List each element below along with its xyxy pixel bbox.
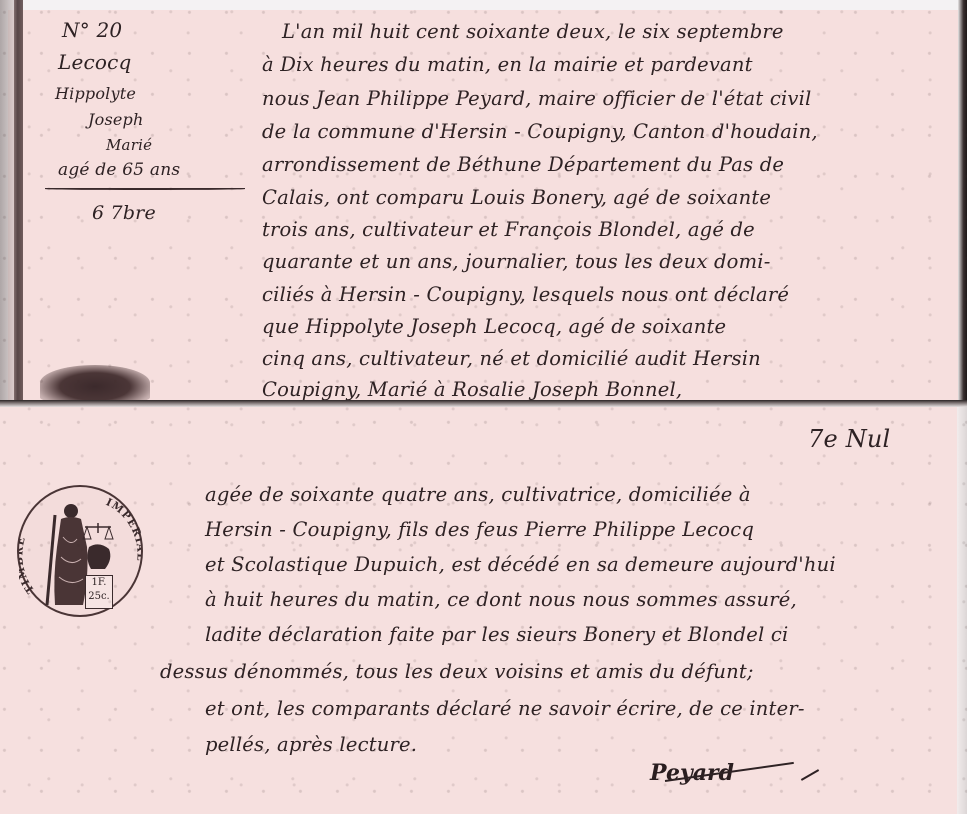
margin-surname: Lecocq [58, 50, 132, 74]
margin-status: Marié [106, 136, 152, 154]
text-line: Calais, ont comparu Louis Bonery, agé de… [262, 186, 771, 209]
svg-text:TIMBRE: TIMBRE [19, 535, 37, 595]
text-line: Coupigny, Marié à Rosalie Joseph Bonnel, [262, 378, 682, 401]
margin-date: 6 7bre [92, 202, 156, 224]
imperial-tax-stamp: TIMBRE IMPERIAL 1F. 25c. [17, 485, 143, 617]
text-line: trois ans, cultivateur et François Blond… [262, 218, 755, 241]
binding-line [14, 0, 23, 404]
page-edge-right-lower [957, 407, 967, 814]
stamp-value-box: 1F. 25c. [85, 575, 113, 609]
text-line: ciliés à Hersin - Coupigny, lesquels nou… [262, 283, 789, 306]
text-line: que Hippolyte Joseph Lecocq, agé de soix… [262, 315, 726, 338]
text-line: à Dix heures du matin, en la mairie et p… [262, 53, 753, 76]
text-line: quarante et un ans, journalier, tous les… [262, 250, 771, 273]
binding-shadow [0, 0, 14, 404]
stamp-figure-icon: TIMBRE IMPERIAL [19, 487, 141, 615]
text-line: dessus dénommés, tous les deux voisins e… [160, 660, 754, 683]
margin-flourish [45, 188, 245, 190]
text-line: arrondissement de Béthune Département du… [262, 153, 784, 176]
text-line: à huit heures du matin, ce dont nous nou… [205, 588, 797, 611]
text-line: agée de soixante quatre ans, cultivatric… [205, 483, 751, 506]
text-line: Hersin - Coupigny, fils des feus Pierre … [205, 518, 754, 541]
text-line: ladite déclaration faite par les sieurs … [205, 623, 788, 646]
text-line: et ont, les comparants déclaré ne savoir… [205, 697, 805, 720]
record-number: N° 20 [62, 18, 122, 42]
page-seam [0, 400, 967, 407]
text-line: pellés, après lecture. [205, 733, 417, 756]
ink-blot [40, 365, 150, 401]
text-line: nous Jean Philippe Peyard, maire officie… [262, 87, 811, 110]
page-edge-right [958, 0, 967, 404]
margin-given-name-2: Joseph [88, 110, 143, 129]
stamp-left-text: TIMBRE [19, 535, 37, 595]
margin-given-name-1: Hippolyte [55, 84, 136, 103]
text-line: cinq ans, cultivateur, né et domicilié a… [262, 347, 761, 370]
text-line: de la commune d'Hersin - Coupigny, Canto… [262, 120, 818, 143]
text-line: et Scolastique Dupuich, est décédé en sa… [205, 553, 836, 576]
stamp-value-francs: 1F. [86, 578, 112, 588]
stamp-value-centimes: 25c. [86, 592, 112, 602]
text-line: L'an mil huit cent soixante deux, le six… [282, 20, 784, 43]
folio-mark: 7e Nul [808, 425, 890, 453]
margin-age: agé de 65 ans [58, 160, 180, 180]
